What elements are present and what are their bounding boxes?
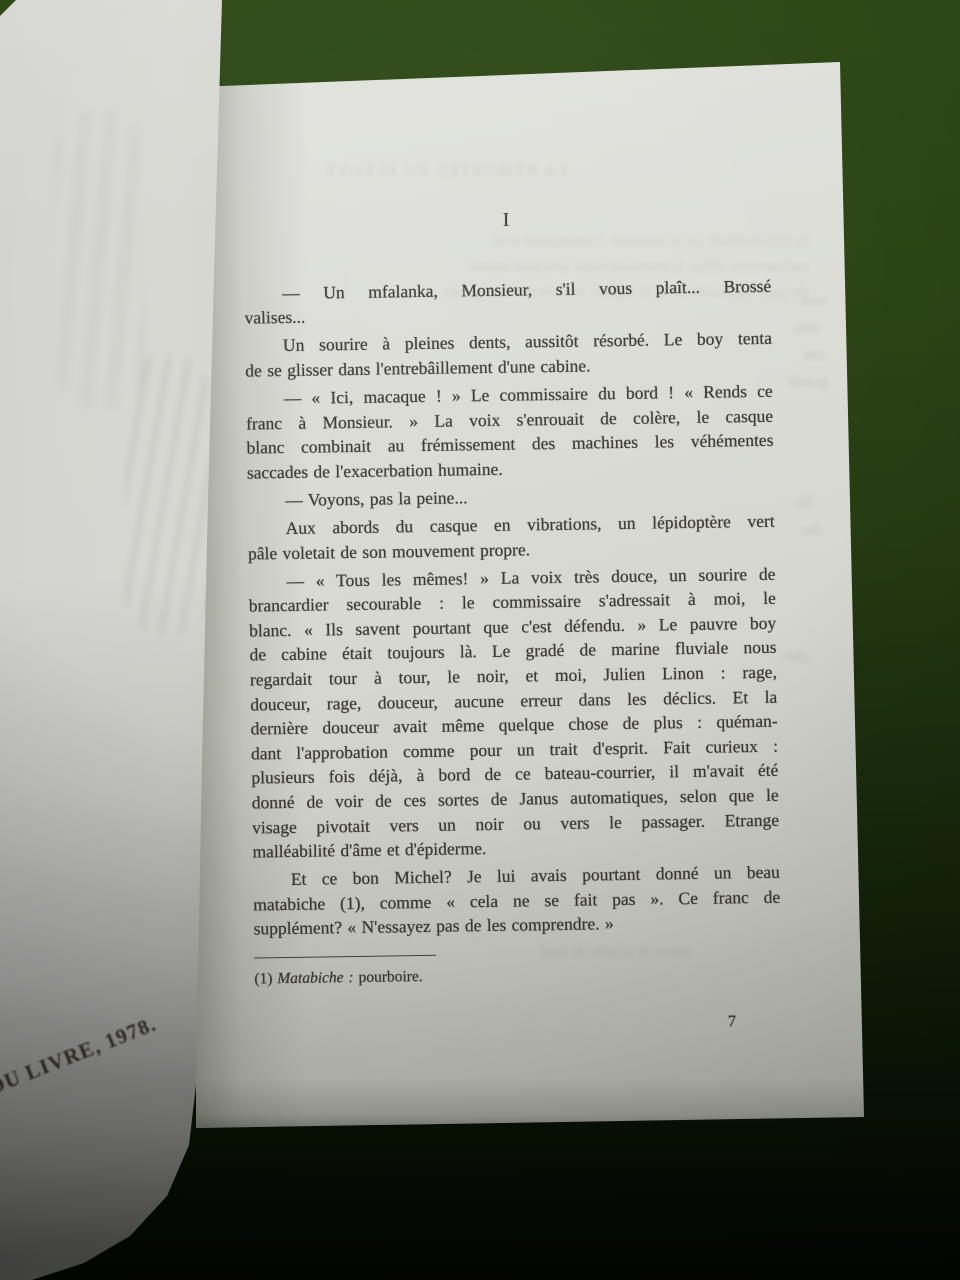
- ghost-smudge: [55, 110, 145, 410]
- book-photo: LA REMONTÉE DU FLEUVE la plus matinale d…: [0, 0, 960, 1280]
- paragraph: Aux abords du casque en vibrations, un l…: [248, 509, 776, 566]
- showthrough-margin-word: avec: [793, 320, 820, 337]
- showthrough-margin-word: plus: [783, 648, 808, 665]
- showthrough-margin-word: des: [801, 522, 821, 539]
- paragraph: Un sourire à pleines dents, aussitôt rés…: [245, 326, 773, 383]
- copyright-imprint: DU LIVRE, 1978.: [0, 1012, 160, 1100]
- paragraph: — « Tous les mêmes! » La voix très douce…: [248, 561, 779, 864]
- footnote-definition: pourboire.: [354, 968, 423, 986]
- showthrough-margin-word: sans: [800, 293, 826, 310]
- paragraph: — Voyons, pas la peine...: [247, 481, 774, 513]
- page-number: 7: [255, 1008, 782, 1040]
- text-column: I — Un mfalanka, Monsieur, s'il vous pla…: [243, 205, 782, 1041]
- showthrough-margin-word: De: [795, 495, 813, 512]
- text-line: — Voyons, pas la peine...: [247, 481, 774, 513]
- showthrough-margin-word: grands: [788, 374, 828, 391]
- paragraph: — « Ici, macaque ! » Le commissaire du b…: [246, 379, 774, 485]
- paragraph: — Un mfalanka, Monsieur, s'il vous plaît…: [244, 273, 772, 330]
- showthrough-running-title: LA REMONTÉE DU FLEUVE: [295, 163, 595, 180]
- chapter-heading: I: [243, 205, 770, 237]
- page-bottom-shadow: [190, 1078, 870, 1130]
- paragraph: Et ce bon Michel? Je lui avais pourtant …: [253, 860, 781, 942]
- footnote: (1) Matabiche : pourboire.: [254, 960, 781, 992]
- ghost-smudge: [125, 355, 210, 635]
- showthrough-margin-word: une: [803, 347, 825, 364]
